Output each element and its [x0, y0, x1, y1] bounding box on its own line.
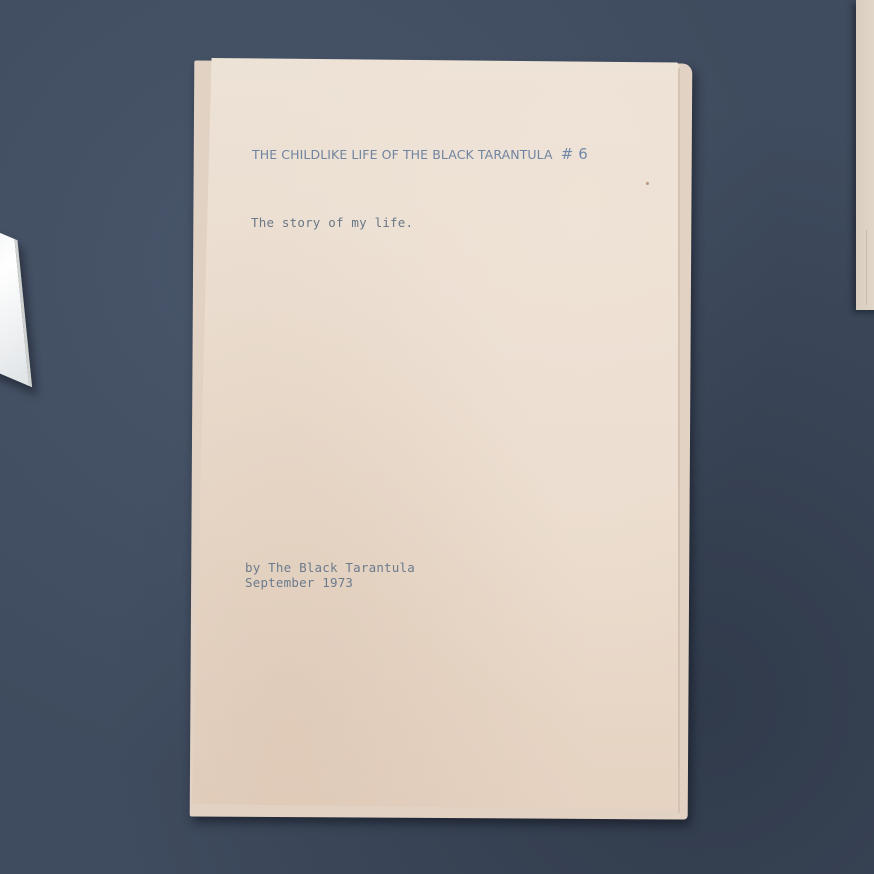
cover-byline: by The Black TarantulaSeptember 1973	[245, 560, 415, 590]
partial-booklet-left	[0, 213, 32, 388]
paper-blemish	[646, 182, 649, 185]
zine-booklet: THE CHILDLIKE LIFE OF THE BLACK TARANTUL…	[192, 58, 692, 818]
cover-subtitle: The story of my life.	[251, 215, 413, 230]
page-edge	[678, 68, 680, 813]
partial-paper-right	[856, 0, 874, 310]
issue-number: # 6	[561, 145, 588, 163]
table-surface: THE CHILDLIKE LIFE OF THE BLACK TARANTUL…	[0, 0, 874, 874]
date-line: September 1973	[245, 575, 415, 590]
cover-title: THE CHILDLIKE LIFE OF THE BLACK TARANTUL…	[252, 145, 588, 163]
booklet-cover: THE CHILDLIKE LIFE OF THE BLACK TARANTUL…	[192, 58, 680, 810]
author-line: by The Black Tarantula	[245, 560, 415, 575]
title-text: THE CHILDLIKE LIFE OF THE BLACK TARANTUL…	[252, 147, 553, 162]
